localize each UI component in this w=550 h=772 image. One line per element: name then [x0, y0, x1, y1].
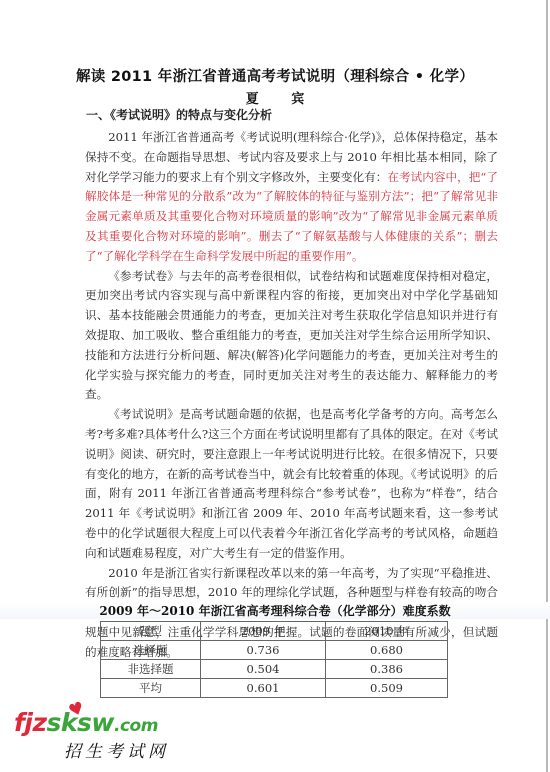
logo-text-red: fjz — [14, 708, 47, 737]
table-header-cell: 2009 年 — [201, 622, 326, 641]
article-body: 2011 年浙江省普通高考《考试说明(理科综合·化学)》，总体保持稳定，基本保持… — [85, 128, 498, 663]
logo-text-green: sksw — [47, 708, 114, 737]
table-header-cell: 题型 — [101, 622, 201, 641]
page-edge — [546, 0, 548, 772]
logo-wordmark: fjzsksw.com — [14, 708, 158, 737]
table-caption: 2009 年～2010 年浙江省高考理科综合卷（化学部分）难度系数 — [0, 602, 550, 619]
table-row: 平均 0.601 0.509 — [101, 679, 448, 698]
table-cell: 0.504 — [201, 660, 326, 679]
table-row: 非选择题 0.504 0.386 — [101, 660, 448, 679]
logo-subtitle: 招生考试网 — [64, 737, 169, 762]
paragraph-3: 《考试说明》是高考试题命题的依据，也是高考化学备考的方向。高考怎么考?考多难?具… — [85, 405, 498, 563]
table-cell: 平均 — [101, 679, 201, 698]
table-cell: 选择题 — [101, 641, 201, 660]
table-cell: 0.601 — [201, 679, 326, 698]
paragraph-1: 2011 年浙江省普通高考《考试说明(理科综合·化学)》，总体保持稳定，基本保持… — [85, 128, 498, 267]
table-cell: 0.386 — [326, 660, 448, 679]
table-cell: 0.680 — [326, 641, 448, 660]
table-row: 选择题 0.736 0.680 — [101, 641, 448, 660]
author-name: 夏 宾 — [0, 88, 550, 107]
table-header-cell: 2010 年 — [326, 622, 448, 641]
site-watermark-logo: ♥ fjzsksw.com 招生考试网 — [14, 700, 184, 762]
difficulty-table: 题型 2009 年 2010 年 选择题 0.736 0.680 非选择题 0.… — [100, 621, 448, 698]
table-cell: 0.509 — [326, 679, 448, 698]
table-cell: 0.736 — [201, 641, 326, 660]
logo-domain: .com — [114, 716, 158, 736]
table-header-row: 题型 2009 年 2010 年 — [101, 622, 448, 641]
paragraph-2: 《参考试卷》与去年的高考卷很相似，试卷结构和试题难度保持相对稳定，更加突出考试内… — [85, 267, 498, 406]
document-title: 解读 2011 年浙江省普通高考考试说明（理科综合 • 化学） — [0, 65, 550, 86]
table-cell: 非选择题 — [101, 660, 201, 679]
section-heading: 一、《考试说明》的特点与变化分析 — [86, 106, 272, 123]
